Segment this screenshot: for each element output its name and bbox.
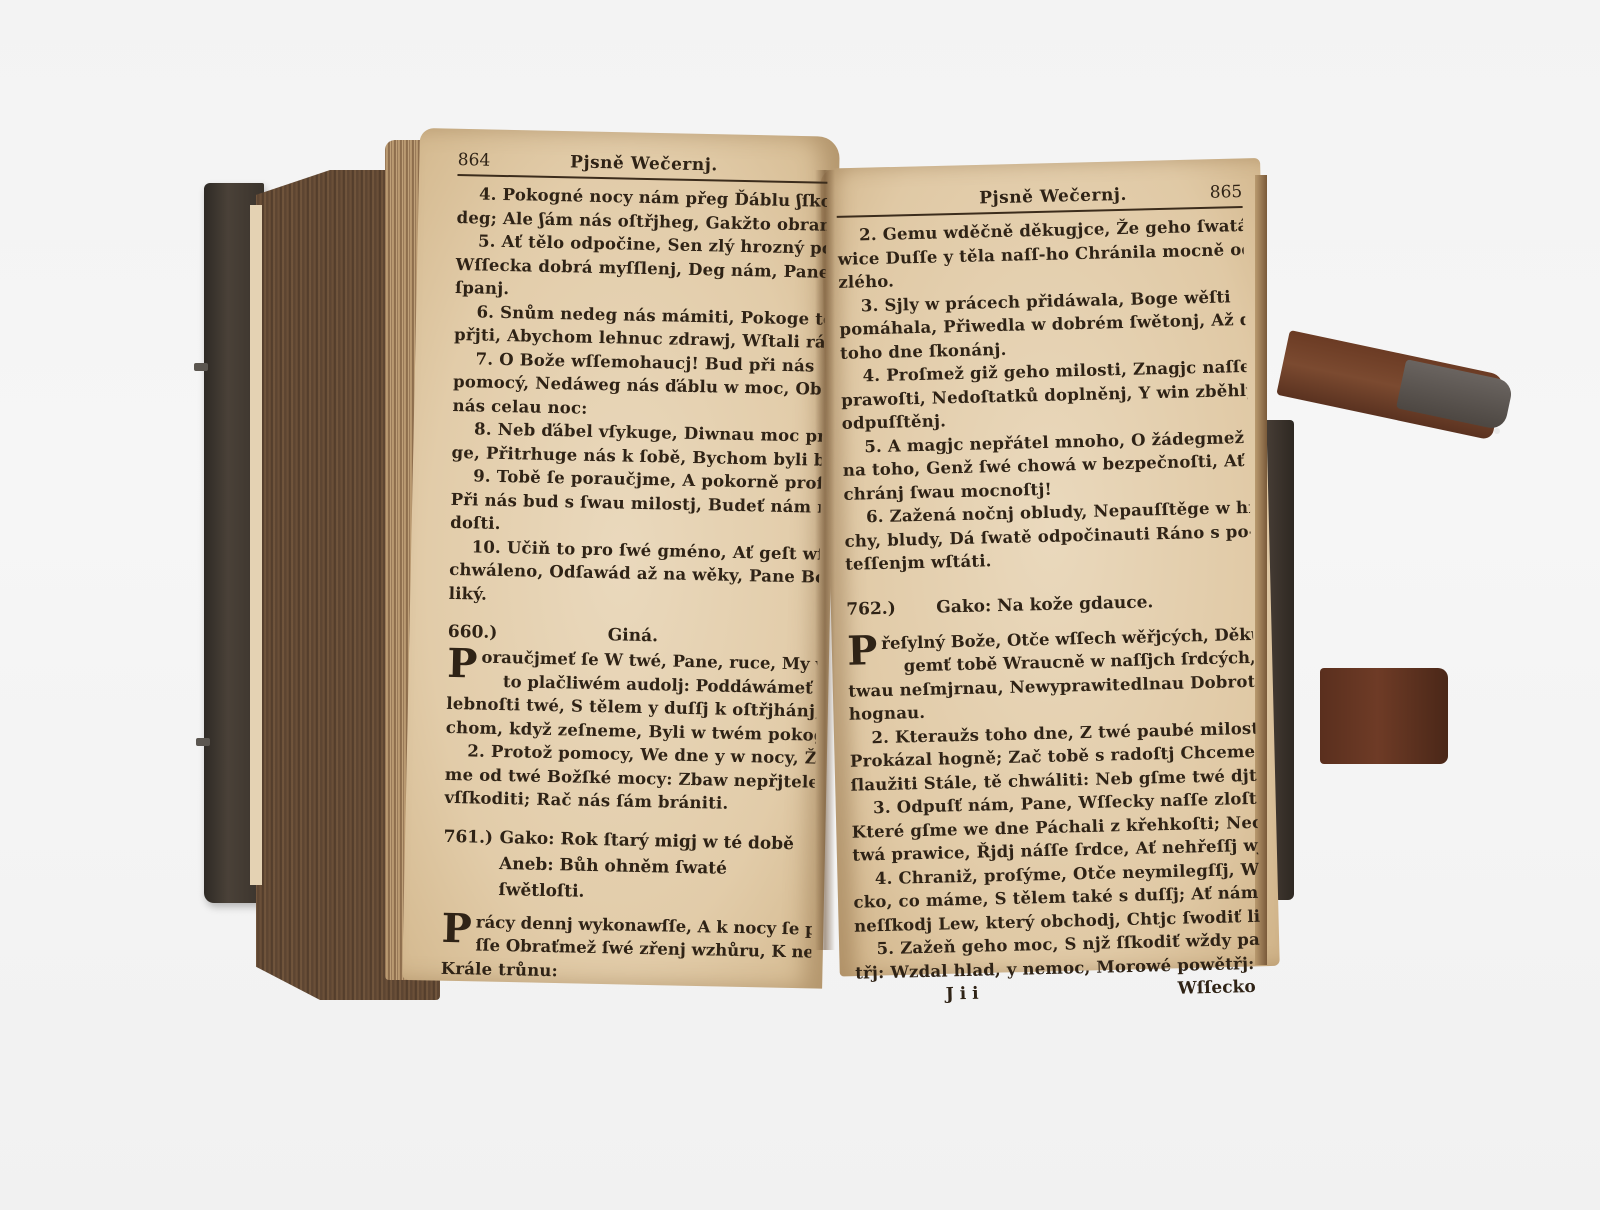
page-number: 864 — [458, 150, 491, 171]
left-page-text: 864 Pjsně Wečernj. 4. Pokogné nocy nám p… — [441, 150, 828, 988]
hymn-number: 762.) — [846, 594, 937, 622]
running-title: Pjsně Wečernj. — [570, 152, 718, 175]
photo-scene: 864 Pjsně Wečernj. 4. Pokogné nocy nám p… — [0, 0, 1600, 1210]
flyleaf-edge — [250, 205, 262, 885]
hymn-761-alternate: Aneb: Bůh ohněm ſwaté ſwětloſti. — [442, 849, 813, 909]
catchword: Wſſecko — [1177, 977, 1255, 999]
hymn-number: 660.) — [448, 619, 539, 647]
hymn-762-body: P řeſylný Bože, Otče wſſech wěřjcých, Dě… — [847, 622, 1261, 984]
clasp-pin-icon — [196, 738, 210, 746]
clasp-pin-icon — [194, 363, 208, 371]
clasp-hole-icon — [1494, 428, 1500, 434]
drop-cap: P — [447, 647, 478, 682]
signature-mark: J i i — [946, 984, 979, 1005]
drop-cap: P — [847, 634, 878, 669]
hymn-761-body: P rácy dennj wykonawſſe, A k nocy ſe při… — [441, 909, 812, 987]
running-title: Pjsně Wečernj. — [979, 185, 1127, 209]
hymn-660-body: P oraučjmeť ſe W twé, Pane, ruce, My w t… — [444, 645, 817, 817]
drop-cap: P — [441, 911, 472, 946]
right-page-text: Pjsně Wečernj. 865 2. Gemu wděčně děkugj… — [836, 182, 1262, 1007]
hymn-alternate-melody: Aneb: Bůh ohněm ſwaté ſwětloſti. — [498, 851, 813, 910]
page-number: 865 — [1210, 182, 1243, 203]
leather-strap-bottom — [1320, 668, 1448, 764]
hymn-number: 761.) — [443, 823, 500, 850]
